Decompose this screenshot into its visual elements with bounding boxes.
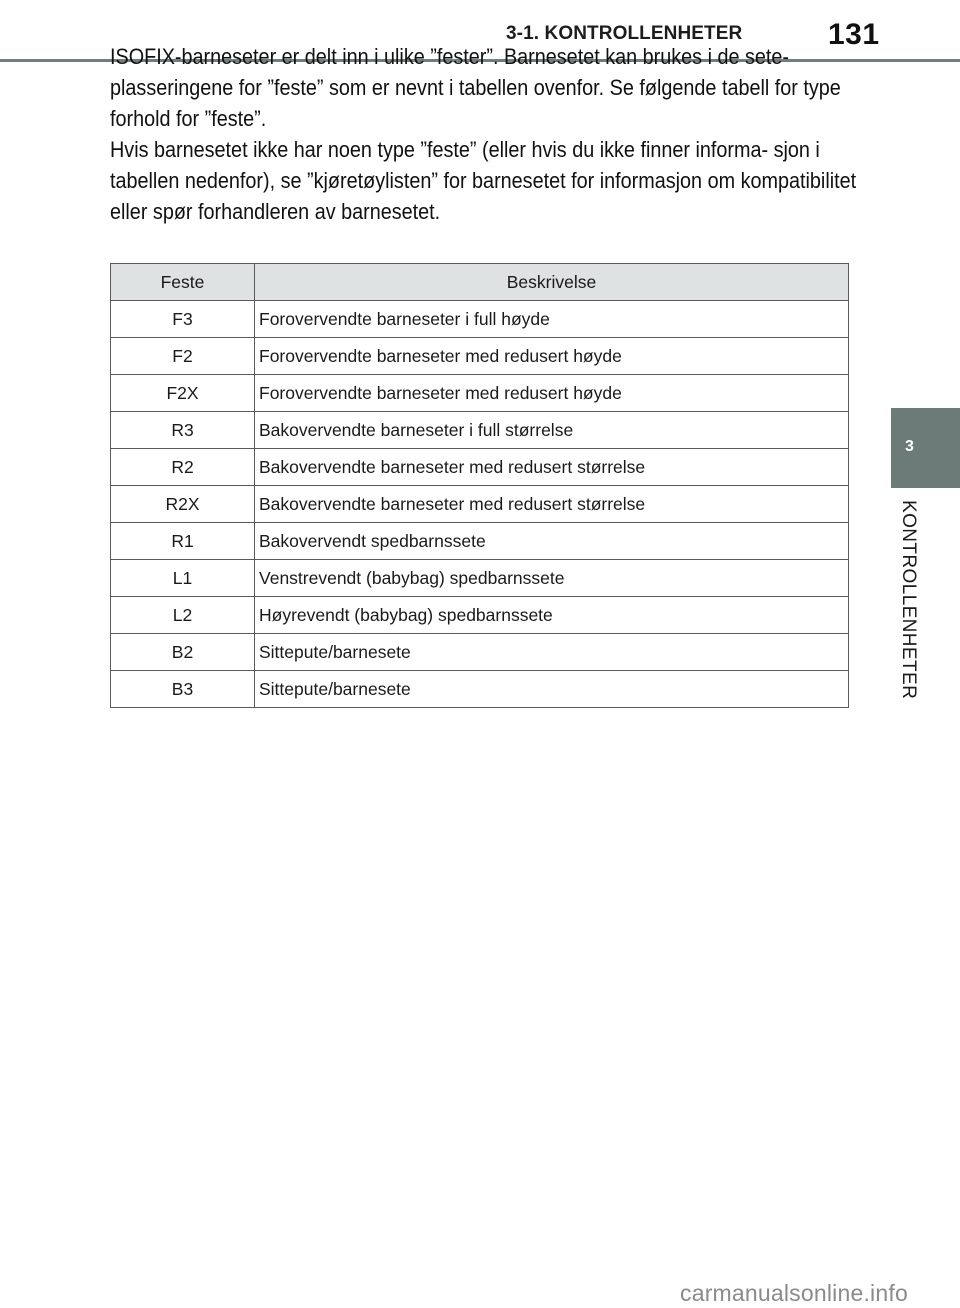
chapter-label: KONTROLLENHETER	[897, 500, 919, 699]
cell-description: Forovervendte barneseter med redusert hø…	[255, 375, 849, 412]
table-row: B2Sittepute/barnesete	[111, 634, 849, 671]
intro-paragraph: ISOFIX-barneseter er delt inn i ulike ”f…	[110, 41, 857, 134]
header-feste: Feste	[111, 264, 255, 301]
table-row: F2XForovervendte barneseter med redusert…	[111, 375, 849, 412]
table-row: R2XBakovervendte barneseter med redusert…	[111, 486, 849, 523]
cell-description: Bakovervendte barneseter med redusert st…	[255, 449, 849, 486]
cell-code: L2	[111, 597, 255, 634]
cell-code: B3	[111, 671, 255, 708]
table-row: F3Forovervendte barneseter i full høyde	[111, 301, 849, 338]
cell-code: R3	[111, 412, 255, 449]
cell-description: Sittepute/barnesete	[255, 671, 849, 708]
table-row: F2Forovervendte barneseter med redusert …	[111, 338, 849, 375]
intro-paragraph: Hvis barnesetet ikke har noen type ”fest…	[110, 134, 857, 227]
cell-code: F2	[111, 338, 255, 375]
table-header-row: Feste Beskrivelse	[111, 264, 849, 301]
cell-description: Forovervendte barneseter med redusert hø…	[255, 338, 849, 375]
table-row: R2Bakovervendte barneseter med redusert …	[111, 449, 849, 486]
chapter-tab: 3	[891, 408, 960, 488]
table-row: L1Venstrevendt (babybag) spedbarnssete	[111, 560, 849, 597]
cell-description: Høyrevendt (babybag) spedbarnssete	[255, 597, 849, 634]
cell-description: Forovervendte barneseter i full høyde	[255, 301, 849, 338]
watermark: carmanualsonline.info	[680, 1280, 908, 1307]
cell-code: B2	[111, 634, 255, 671]
table-row: B3Sittepute/barnesete	[111, 671, 849, 708]
table-body: F3Forovervendte barneseter i full høydeF…	[111, 301, 849, 708]
cell-code: R2	[111, 449, 255, 486]
cell-description: Sittepute/barnesete	[255, 634, 849, 671]
cell-code: F2X	[111, 375, 255, 412]
header-beskrivelse: Beskrivelse	[255, 264, 849, 301]
table-row: R3Bakovervendte barneseter i full større…	[111, 412, 849, 449]
table-row: L2Høyrevendt (babybag) spedbarnssete	[111, 597, 849, 634]
intro-text: ISOFIX-barneseter er delt inn i ulike ”f…	[110, 41, 857, 227]
cell-description: Bakovervendte barneseter med redusert st…	[255, 486, 849, 523]
feste-table: Feste Beskrivelse F3Forovervendte barnes…	[110, 263, 849, 708]
chapter-number: 3	[905, 438, 914, 456]
cell-code: F3	[111, 301, 255, 338]
table-row: R1Bakovervendt spedbarnssete	[111, 523, 849, 560]
cell-code: L1	[111, 560, 255, 597]
cell-code: R2X	[111, 486, 255, 523]
cell-description: Venstrevendt (babybag) spedbarnssete	[255, 560, 849, 597]
cell-description: Bakovervendt spedbarnssete	[255, 523, 849, 560]
cell-description: Bakovervendte barneseter i full størrels…	[255, 412, 849, 449]
cell-code: R1	[111, 523, 255, 560]
